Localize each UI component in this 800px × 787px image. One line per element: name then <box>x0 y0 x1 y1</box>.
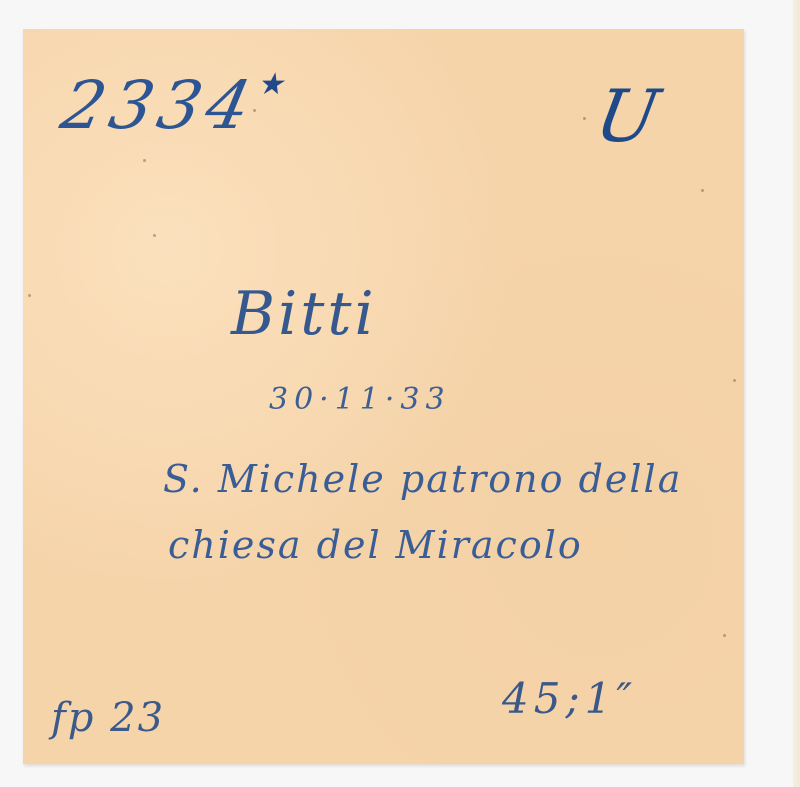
paper-speck <box>733 379 736 382</box>
bottom-left-code: fp 23 <box>51 695 165 741</box>
adjacent-card-edge <box>793 0 800 787</box>
star-mark-icon: ★ <box>256 67 296 102</box>
place-name: Bitti <box>231 279 377 349</box>
bottom-right-code: 45;1″ <box>502 674 637 723</box>
index-card: 2334★ U Bitti 30·11·33 S. Michele patron… <box>23 29 744 764</box>
description-line-1: S. Michele patrono della <box>163 457 682 501</box>
description-line-2: chiesa del Miracolo <box>168 523 583 567</box>
paper-speck <box>28 294 31 297</box>
paper-speck <box>723 634 726 637</box>
letter-code: U <box>590 74 666 158</box>
paper-speck <box>583 117 586 120</box>
scan-background: 2334★ U Bitti 30·11·33 S. Michele patron… <box>0 0 800 787</box>
date: 30·11·33 <box>269 382 451 417</box>
paper-speck <box>153 234 156 237</box>
paper-speck <box>143 159 146 162</box>
paper-speck <box>701 189 704 192</box>
catalog-number-value: 2334 <box>55 67 263 144</box>
catalog-number: 2334★ <box>55 67 296 144</box>
